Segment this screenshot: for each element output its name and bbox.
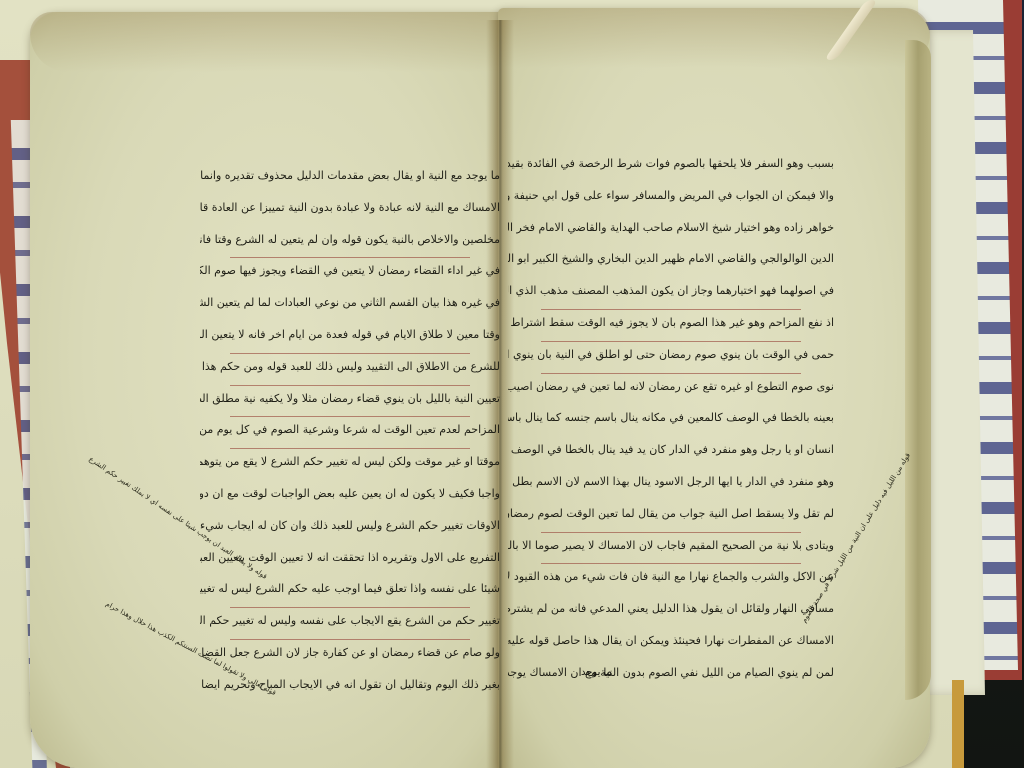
manuscript-line: حمى في الوقت بان ينوي صوم رمضان حتى لو ا…	[508, 339, 834, 371]
manuscript-line: ويتادى بلا نية من الصحيح المقيم فاجاب لا…	[508, 530, 834, 562]
page-fore-edge	[905, 40, 931, 700]
manuscript-line: للشرع من الاطلاق الى التقييد وليس ذلك لل…	[200, 351, 500, 383]
manuscript-line: في اصولهما فهو اختيارهما وجاز ان يكون ال…	[508, 275, 834, 307]
manuscript-line: في غير اداء القضاء رمضان لا يتعين في الق…	[200, 255, 500, 287]
manuscript-line: لمن لم ينوي الصيام من الليل نفي الصوم بد…	[508, 657, 834, 689]
manuscript-line: واجبا فكيف لا يكون له ان يعين عليه بعض ا…	[200, 478, 500, 510]
manuscript-line: نوى صوم التطوع او غيره تقع عن رمضان لانه…	[508, 371, 834, 403]
manuscript-line: انسان او يا رجل وهو منفرد في الدار كان ي…	[508, 434, 834, 466]
manuscript-line: الدين الوالوالجي والقاضي الامام ظهير الد…	[508, 243, 834, 275]
manuscript-line: موقتا او غير موقت ولكن ليس له تغيير حكم …	[200, 446, 500, 478]
manuscript-line: وقتا معين لا طلاق الايام في قوله فعدة من…	[200, 319, 500, 351]
wooden-support	[952, 680, 964, 768]
manuscript-line: تعيين النية بالليل بان ينوي قضاء رمضان م…	[200, 383, 500, 415]
manuscript-line: ولو صام عن قضاء رمضان او عن كفارة جاز لا…	[200, 637, 500, 669]
manuscript-line: تغيير حكم من الشرع يقع الايجاب على نفسه …	[200, 605, 500, 637]
manuscript-line: المزاحم لعدم تعين الوقت له شرعا وشرعية ا…	[200, 414, 500, 446]
manuscript-line: بسبب وهو السفر فلا يلحقها بالصوم فوات شر…	[508, 148, 834, 180]
manuscript-line: مسافي النهار ولقائل ان يقول هذا الدليل ي…	[508, 593, 834, 625]
manuscript-line: بعينه بالخطا في الوصف كالمعين في مكانه ي…	[508, 402, 834, 434]
manuscript-line: مخلصين والاخلاص بالنية يكون قوله وان لم …	[200, 224, 500, 256]
manuscript-line: الاوقات تغيير حكم الشرع وليس للعبد ذلك و…	[200, 510, 500, 542]
manuscript-line: لم تقل ولا يسقط اصل النية جواب من يقال ل…	[508, 498, 834, 530]
manuscript-line: شيئا على نفسه واذا تعلق فيما اوجب عليه ح…	[200, 573, 500, 605]
manuscript-line: الامساك مع النية لانه عبادة ولا عبادة بد…	[200, 192, 500, 224]
manuscript-line: ما يوجد مع النية او يقال بعض مقدمات الدل…	[200, 160, 500, 192]
left-page-text: ما يوجد مع النية او يقال بعض مقدمات الدل…	[200, 160, 500, 701]
manuscript-line: وهو منفرد في الدار يا ايها الرجل الاسود …	[508, 466, 834, 498]
manuscript-photo: ما يوجد مع النية او يقال بعض مقدمات الدل…	[0, 0, 1024, 768]
catchword: ما يوجد	[581, 667, 612, 678]
manuscript-line: خواهر زاده وهو اختيار شيخ الاسلام صاحب ا…	[508, 212, 834, 244]
manuscript-line: في غيره هذا بيان القسم الثاني من نوعي ال…	[200, 287, 500, 319]
manuscript-line: عن الاكل والشرب والجماع نهارا مع النية ف…	[508, 561, 834, 593]
right-page-text: بسبب وهو السفر فلا يلحقها بالصوم فوات شر…	[508, 148, 834, 689]
manuscript-line: والا فيمكن ان الجواب في المريض والمسافر …	[508, 180, 834, 212]
manuscript-line: الامساك عن المفطرات نهارا فحينئذ ويمكن ا…	[508, 625, 834, 657]
manuscript-line: اذ نفع المزاحم وهو غير هذا الصوم بان لا …	[508, 307, 834, 339]
